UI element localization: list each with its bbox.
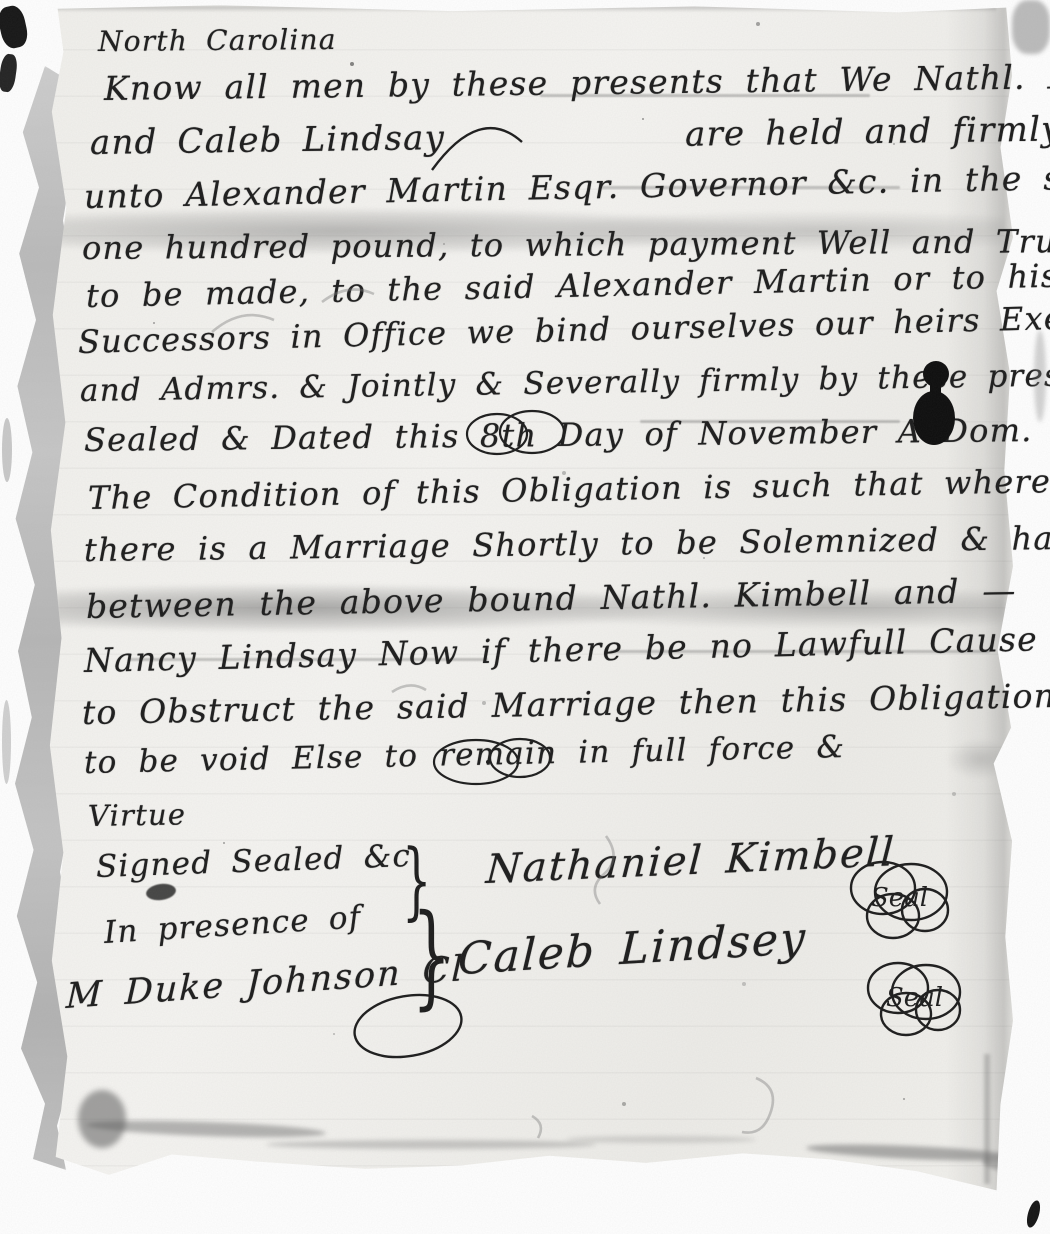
margin-streak	[2, 700, 11, 784]
document-scan: North Carolina Know all men by these pre…	[0, 0, 1050, 1234]
corner-stain	[1012, 0, 1050, 54]
smudge-squiggles	[0, 0, 1050, 1234]
margin-streak	[1034, 330, 1046, 422]
paper-flecks	[0, 0, 2, 2]
margin-streak	[2, 418, 12, 482]
